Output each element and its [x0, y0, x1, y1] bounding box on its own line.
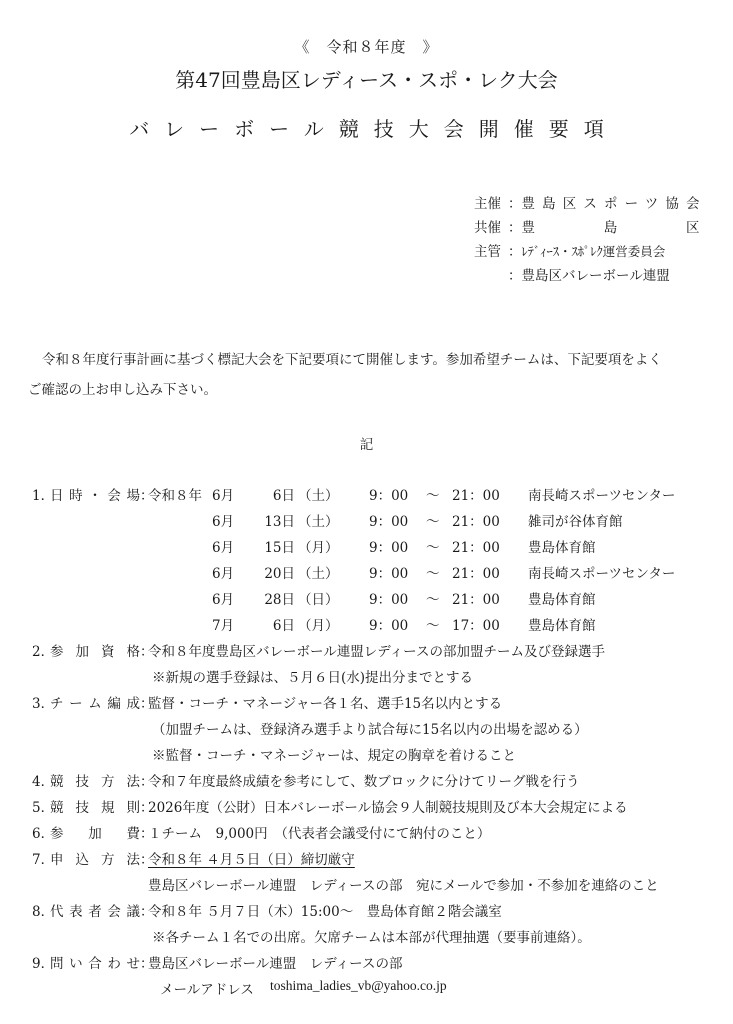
organizer-cohost: 共催： 豊島区 [474, 216, 700, 236]
item-label: 問い合わせ [50, 952, 140, 972]
organizer-value: 豊島区バレーボール連盟 [522, 264, 700, 284]
event-title: 第47回豊島区レディース・スポ・レク大会 [0, 64, 733, 93]
application-deadline: 令和８年 ４月５日（日）締切厳守 [148, 848, 355, 868]
item-label: 日時・会場 [50, 484, 140, 504]
email-address[interactable]: toshima_ladies_vb@yahoo.co.jp [270, 978, 447, 994]
organizer-label: 主管 [474, 240, 508, 260]
organizer-label: 主催 [474, 192, 508, 212]
organizer-value: 豊島区スポーツ協会 [522, 192, 700, 212]
organizer-value: 豊島区 [522, 216, 700, 236]
item-label: 競技方法 [50, 770, 140, 790]
schedule-year: 令和８年 [148, 484, 202, 504]
organizer-manager-2: ：豊島区バレーボール連盟 [474, 264, 700, 284]
organizer-label: 共催 [474, 216, 508, 236]
intro-paragraph: 令和８年度行事計画に基づく標記大会を下記要項にて開催します。参加希望チームは、下… [28, 345, 708, 405]
document-subtitle: バレーボール競技大会開催要項 [0, 113, 733, 142]
fiscal-year-heading: 《 令和８年度 》 [0, 36, 733, 57]
email-label: メールアドレス [160, 978, 254, 998]
item-label: チーム編成 [50, 692, 140, 712]
item-label: 申込方法 [50, 848, 140, 868]
item-label: 代表者会議 [50, 900, 140, 920]
organizer-manager: 主管：ﾚﾃﾞｨｰｽ・ｽﾎﾟﾚｸ運営委員会 [474, 240, 700, 260]
item-label: 競技規則 [50, 796, 140, 816]
ki-notation: 記 [0, 433, 733, 453]
item-label: 参加資格 [50, 640, 140, 660]
organizer-value: ﾚﾃﾞｨｰｽ・ｽﾎﾟﾚｸ運営委員会 [522, 242, 700, 260]
item-label: 参加費 [50, 822, 140, 842]
organizer-host: 主催：豊島区スポーツ協会 [474, 192, 700, 212]
